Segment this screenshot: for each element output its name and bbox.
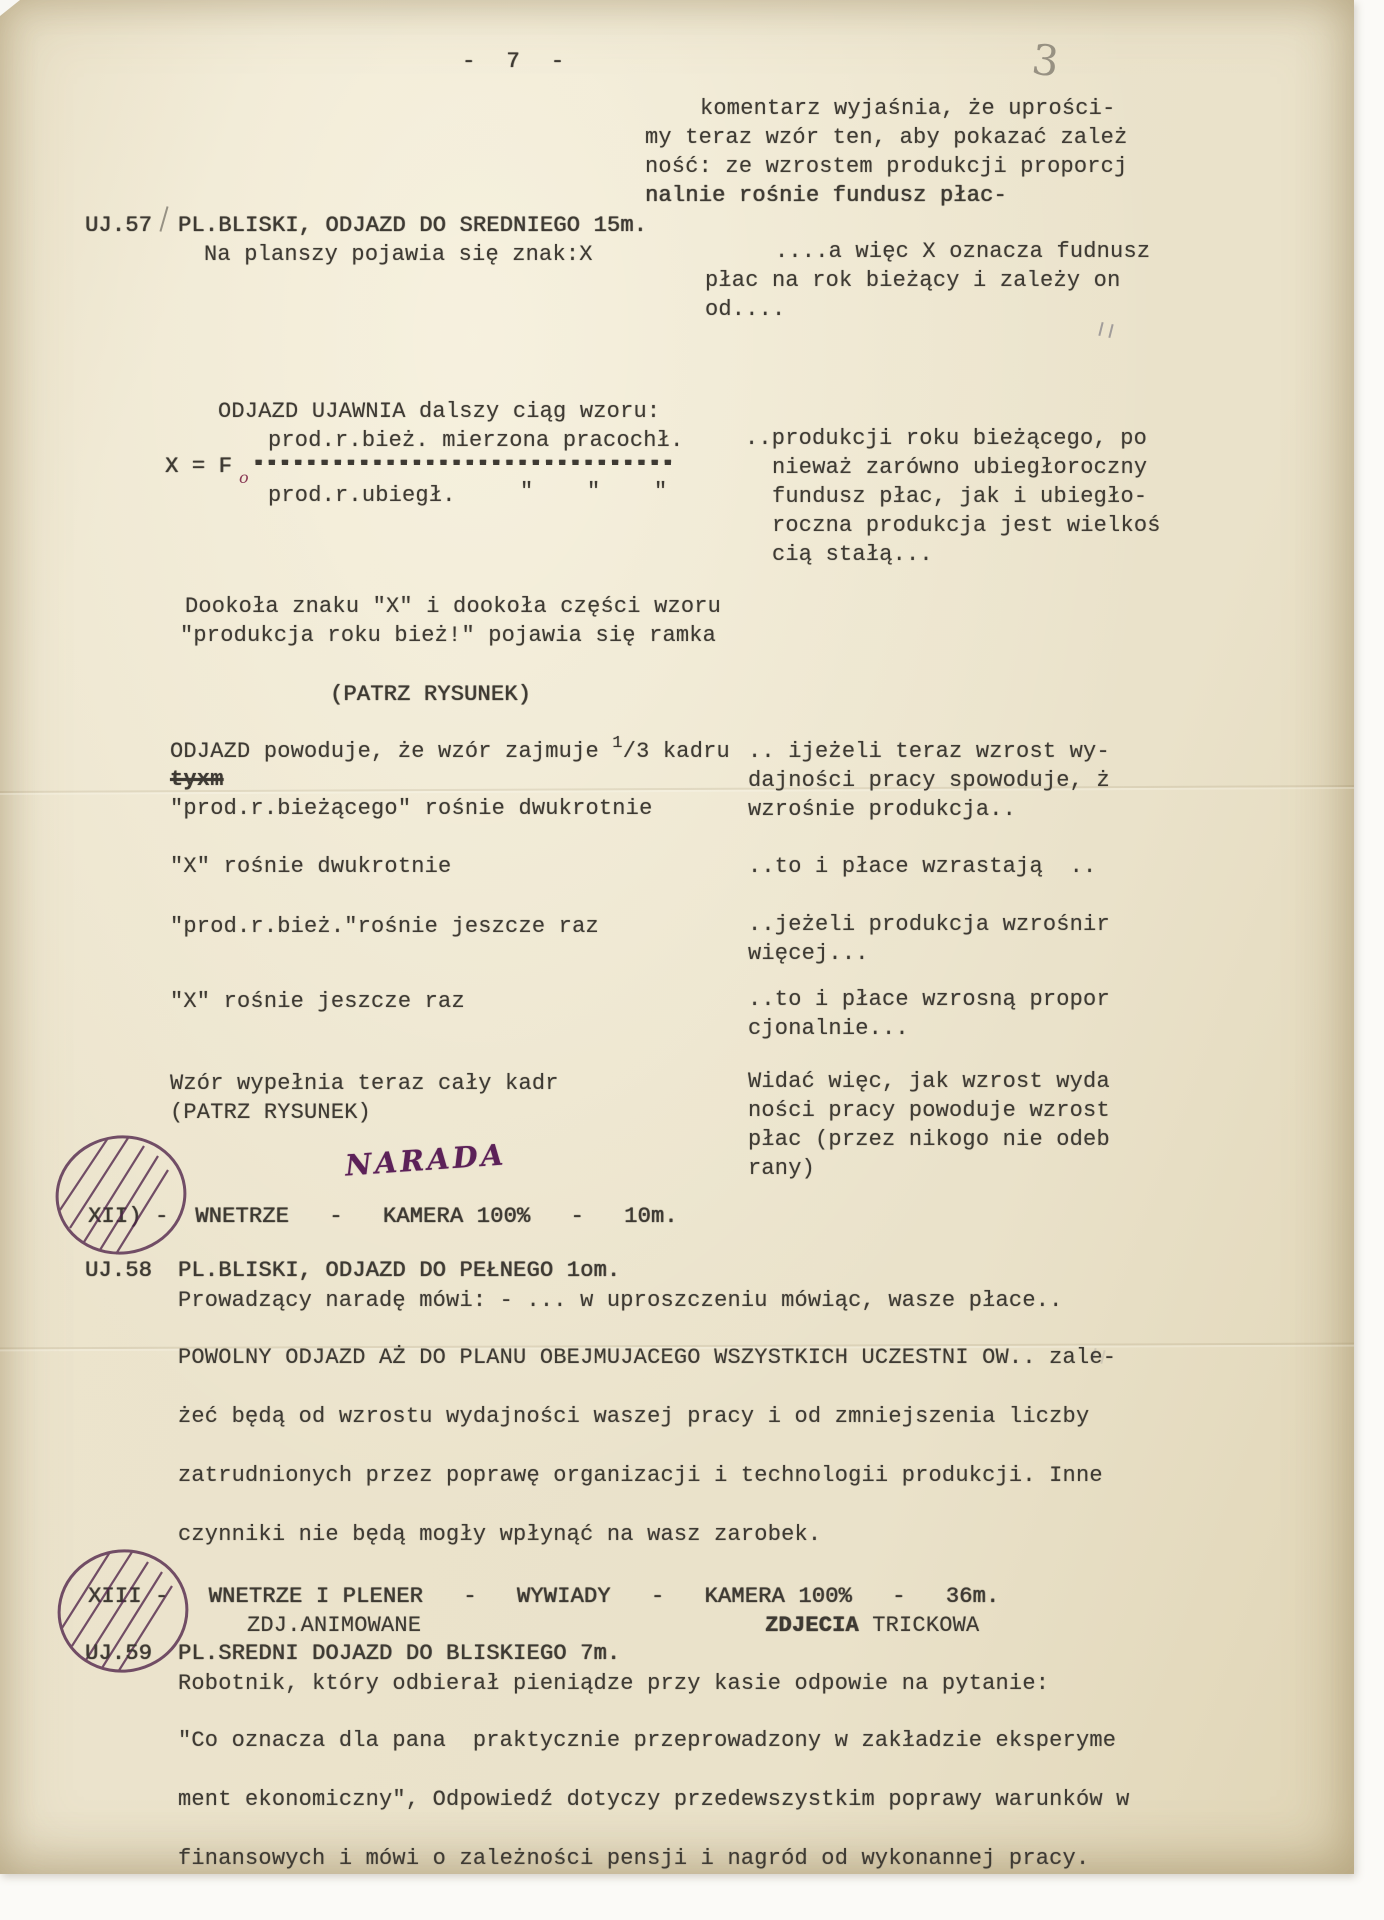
comment-line: ..jeżeli produkcja wzrośnir [748, 911, 1110, 939]
action-line: "prod.r.bież."rośnie jeszcze raz [170, 913, 599, 941]
handwritten-note: NARADA [344, 1137, 507, 1182]
comment-line: Widać więc, jak wzrost wyda [748, 1068, 1110, 1096]
handwritten-subscript: o [239, 468, 249, 487]
comment-line: cjonalnie... [748, 1015, 909, 1043]
scene-heading: XIII - WNETRZE I PLENER - WYWIADY - KAME… [88, 1583, 999, 1611]
struck-out-word: tyxm [170, 766, 224, 794]
action-line: Robotnik, który odbierał pieniądze przy … [178, 1670, 1049, 1698]
stray-mark [1108, 324, 1113, 338]
shot-heading: PL.BLISKI, ODJAZD DO SREDNIEGO 15m. [178, 212, 647, 240]
comment-line: fundusz płac, jak i ubiegło- [772, 483, 1147, 511]
scene-subheading: ZDJ.ANIMOWANE [247, 1612, 421, 1640]
formula-lhs: X = F [165, 453, 232, 481]
comment-line: ..to i płace wzrosną propor [748, 986, 1110, 1014]
dialogue-line: czynniki nie będą mogły wpłynąć na wasz … [178, 1521, 821, 1549]
shot-heading: PL.SREDNI DOJAZD DO BLISKIEGO 7m. [178, 1640, 620, 1668]
see-figure-note: (PATRZ RYSUNEK) [170, 1099, 371, 1127]
action-line: Na planszy pojawia się znak:X [204, 241, 593, 269]
action-text: /3 kadru [623, 739, 730, 764]
comment-line: ....a więc X oznacza fudnusz [775, 238, 1150, 266]
stray-mark [1098, 322, 1103, 336]
stray-slash-mark [159, 206, 168, 232]
paper-sheet: - 7 - 3 komentarz wyjaśnia, że uprości- … [0, 0, 1354, 1874]
comment-line: wzrośnie produkcja.. [748, 796, 1016, 824]
scene-heading-text: - WNETRZE - KAMERA 100% - 10m. [142, 1204, 678, 1229]
comment-line: .. ijeżeli teraz wzrost wy- [748, 738, 1110, 766]
fraction-superscript: 1 [612, 734, 622, 753]
formula-denominator: prod.r.ubiegł. [268, 482, 456, 510]
comment-line: dajności pracy spowoduje, ż [748, 767, 1110, 795]
paper-corner-chip [0, 0, 20, 16]
comment-line: nieważ zarówno ubiegłoroczny [772, 454, 1147, 482]
comment-line: ność: ze wzrostem produkcji proporcj [645, 153, 1127, 181]
action-line: "prod.r.bieżącego" rośnie dwukrotnie [170, 795, 652, 823]
comment-line: komentarz wyjaśnia, że uprości- [700, 95, 1115, 123]
scene-heading-text: - WNETRZE I PLENER - WYWIADY - KAMERA 10… [142, 1584, 1000, 1609]
action-line: "X" rośnie dwukrotnie [170, 853, 451, 881]
comment-line: płac na rok bieżący i zależy on [705, 267, 1120, 295]
comment-line: roczna produkcja jest wielkoś [772, 512, 1161, 540]
formula-intro: ODJAZD UJAWNIA dalszy ciąg wzoru: [218, 398, 660, 426]
action-line: "X" rośnie jeszcze raz [170, 988, 465, 1016]
comment-line: nalnie rośnie fundusz płac- [645, 182, 1007, 210]
ditto-marks: " " " [520, 478, 667, 506]
dialogue-line: finansowych i mówi o zależności pensji i… [178, 1845, 1089, 1873]
action-line: "produkcja roku bież!" pojawia się ramka [180, 622, 716, 650]
handwritten-page-number: 3 [1029, 35, 1062, 87]
action-line: Dookoła znaku "X" i dookoła części wzoru [185, 593, 721, 621]
comment-line: ności pracy powoduje wzrost [748, 1097, 1110, 1125]
action-text: ODJAZD powoduje, że wzór zajmuje [170, 739, 612, 764]
overtyped-word: ZDJECIA [765, 1613, 859, 1638]
page-number: - 7 - [462, 48, 573, 76]
comment-line: płac (przez nikogo nie odeb [748, 1126, 1110, 1154]
dialogue-line: Prowadzący naradę mówi: - ... w uproszcz… [178, 1287, 1063, 1315]
dialogue-line: ment ekonomiczny", Odpowiedź dotyczy prz… [178, 1786, 1130, 1814]
crossed-out-circle-mark [46, 1126, 196, 1264]
comment-line: od.... [705, 296, 785, 324]
shot-id: UJ.57 [85, 212, 152, 240]
dialogue-line: zatrudnionych przez poprawę organizacji … [178, 1462, 1103, 1490]
comment-line: ..produkcji roku bieżącego, po [745, 425, 1147, 453]
dialogue-line: "Co oznacza dla pana praktycznie przepro… [178, 1727, 1116, 1755]
scanned-script-page: - 7 - 3 komentarz wyjaśnia, że uprości- … [0, 0, 1384, 1920]
comment-line: ..to i płace wzrastają .. [748, 853, 1096, 881]
action-line: ODJAZD powoduje, że wzór zajmuje 1/3 kad… [170, 738, 730, 768]
shot-heading: PL.BLISKI, ODJAZD DO PEŁNEGO 1om. [178, 1257, 620, 1285]
comment-line: więcej... [748, 940, 869, 968]
scene-subheading-text: TRICKOWA [859, 1613, 980, 1638]
see-figure-note: (PATRZ RYSUNEK) [330, 681, 531, 709]
dialogue-line: POWOLNY ODJAZD AŻ DO PLANU OBEJMUJACEGO … [178, 1344, 1116, 1372]
shot-id: UJ.59 [85, 1640, 152, 1668]
comment-line: rany) [748, 1155, 815, 1183]
action-line: Wzór wypełnia teraz cały kadr [170, 1070, 559, 1098]
scene-subheading: ZDJECIA TRICKOWA [765, 1612, 979, 1640]
comment-line: cią stałą... [772, 541, 933, 569]
comment-line: my teraz wzór ten, aby pokazać zależ [645, 124, 1127, 152]
dialogue-line: żeć będą od wzrostu wydajności waszej pr… [178, 1403, 1089, 1431]
fraction-rule: -------------------------------- [252, 448, 674, 476]
shot-id: UJ.58 [85, 1257, 152, 1285]
